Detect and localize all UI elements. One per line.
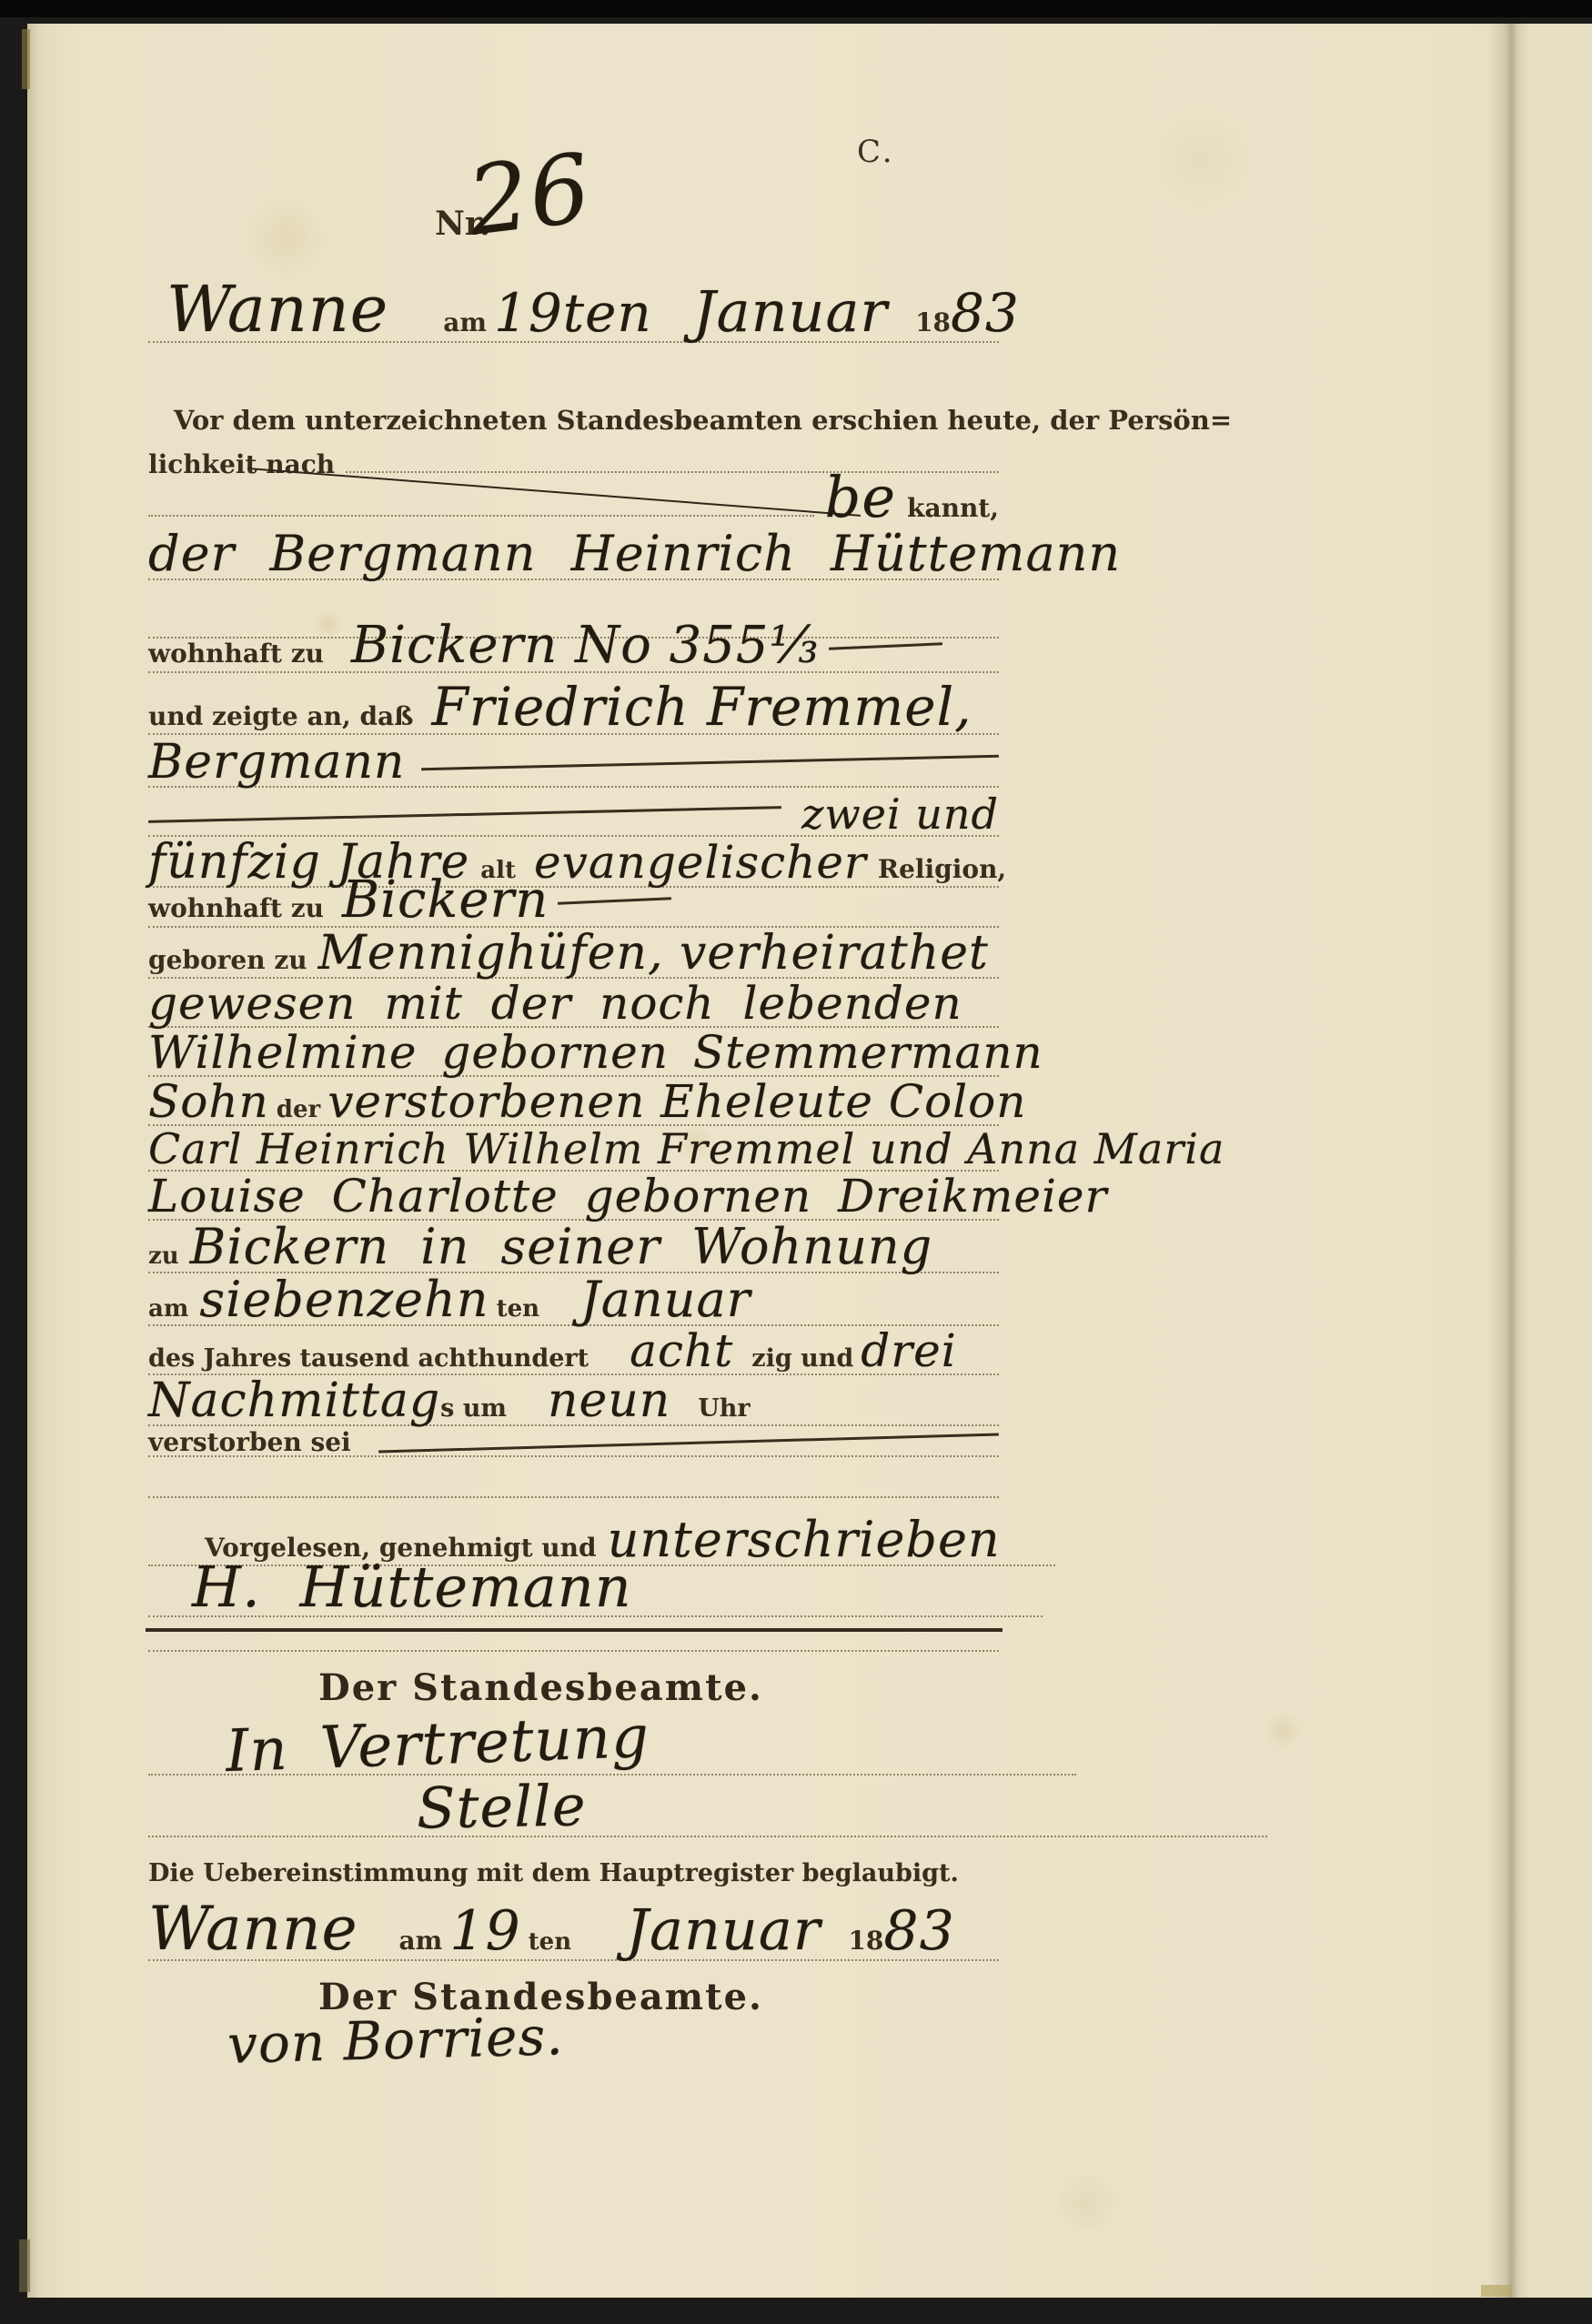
report-label: und zeigte an, daß bbox=[148, 704, 413, 729]
death-month: Januar bbox=[580, 1275, 751, 1324]
form-letter: C. bbox=[857, 136, 895, 167]
date-month: Januar bbox=[693, 284, 888, 340]
page-edge-fragment bbox=[19, 2239, 30, 2292]
form-line-deputy: In Vertretung bbox=[148, 1715, 1076, 1776]
form-line-died: verstorben sei bbox=[148, 1430, 999, 1457]
birth-value: Mennighüfen, verheirathet bbox=[318, 930, 989, 977]
pen-stroke bbox=[378, 1433, 999, 1453]
form-line-residence1: wohnhaft zu Bickern No 355⅓ bbox=[148, 620, 999, 673]
form-line-intro1: Vor dem unterzeichneten Standesbeamten e… bbox=[148, 407, 1024, 434]
form-line-declarant: der Bergmann Heinrich Hüttemann bbox=[148, 529, 999, 580]
death-time-mid: s um bbox=[440, 1396, 507, 1421]
cert-date-ten: ten bbox=[529, 1930, 571, 1954]
cert-date-am: am bbox=[399, 1928, 443, 1954]
form-line-date: Wanne am 19ten Januar 18 83 bbox=[148, 277, 999, 343]
certification-line: Die Uebereinstimmung mit dem Hauptregist… bbox=[148, 1861, 959, 1886]
residence1-value: Bickern No 355⅓ bbox=[351, 620, 820, 671]
form-line-age-prefix: zwei und bbox=[148, 793, 999, 837]
horizontal-rule bbox=[146, 1628, 1003, 1632]
cert-date-day: 19 bbox=[449, 1904, 520, 1958]
image-viewer-window: { "window": { "title": "/Abt_Ostwestfale… bbox=[0, 0, 1592, 2324]
form-line-cert-date: Wanne am 19 ten Januar 18 83 bbox=[148, 1899, 999, 1961]
page-edge-fragment bbox=[1481, 2285, 1512, 2297]
declarant-signature: H. Hüttemann bbox=[192, 1559, 632, 1615]
birth-label: geboren zu bbox=[148, 948, 307, 973]
family-son-hand: Sohn bbox=[148, 1079, 269, 1124]
declarant-name: der Bergmann Heinrich Hüttemann bbox=[148, 529, 1121, 578]
family-text-1: gewesen mit der noch lebenden bbox=[148, 981, 962, 1026]
death-time-unit: Uhr bbox=[698, 1396, 750, 1421]
death-day-value: siebenzehn bbox=[199, 1275, 489, 1324]
date-am-label: am bbox=[443, 310, 487, 336]
cert-date-year: 83 bbox=[883, 1904, 954, 1958]
residence2-label: wohnhaft zu bbox=[148, 896, 324, 921]
attest-hand: unterschrieben bbox=[608, 1515, 1001, 1564]
form-line-birth: geboren zu Mennighüfen, verheirathet bbox=[148, 930, 999, 979]
death-time-hand: Nachmittag bbox=[148, 1377, 440, 1424]
ruled-line bbox=[148, 1650, 999, 1652]
death-year-mid: zig und bbox=[751, 1346, 853, 1371]
form-line-signature1: H. Hüttemann bbox=[148, 1559, 1043, 1617]
age-prefix: zwei und bbox=[801, 793, 999, 835]
form-line-bekannt: be kannt, bbox=[148, 469, 999, 526]
death-place-label: zu bbox=[148, 1244, 179, 1268]
cert-date-century: 18 bbox=[848, 1928, 883, 1954]
registrar-heading-1: Der Standesbeamte. bbox=[318, 1670, 763, 1706]
death-year-hand2: drei bbox=[861, 1328, 957, 1373]
intro-text-1: Vor dem unterzeichneten Standesbeamten e… bbox=[174, 407, 1232, 434]
form-line-family4: Carl Heinrich Wilhelm Fremmel und Anna M… bbox=[148, 1128, 999, 1172]
certifying-signature: von Borries. bbox=[227, 2009, 564, 2071]
record-number-value: 26 bbox=[463, 140, 596, 249]
death-year-label: des Jahres tausend achthundert bbox=[148, 1346, 589, 1371]
registrar-signature: Stelle bbox=[416, 1777, 586, 1836]
deceased-occupation: Bergmann bbox=[148, 739, 405, 786]
form-line-death-place: zu Bickern in seiner Wohnung bbox=[148, 1222, 999, 1273]
family-son-hand2: verstorbenen Eheleute Colon bbox=[327, 1079, 1026, 1124]
residence1-label: wohnhaft zu bbox=[148, 641, 324, 667]
death-place-value: Bickern in seiner Wohnung bbox=[190, 1222, 933, 1272]
form-line-death-year: des Jahres tausend achthundert acht zig … bbox=[148, 1328, 999, 1375]
form-line-residence2: wohnhaft zu Bickern bbox=[148, 875, 999, 928]
date-place: Wanne bbox=[166, 277, 388, 341]
death-year-hand1: acht bbox=[630, 1328, 733, 1373]
form-line-family5: Louise Charlotte gebornen Dreikmeier bbox=[148, 1173, 999, 1221]
deputy-note: In Vertretung bbox=[225, 1708, 650, 1781]
family-text-5: Louise Charlotte gebornen Dreikmeier bbox=[148, 1173, 1107, 1219]
form-line-family2: Wilhelmine gebornen Stemmermann bbox=[148, 1030, 999, 1077]
date-day: 19ten bbox=[494, 287, 652, 339]
pen-dash bbox=[829, 642, 942, 649]
known-printed: kannt, bbox=[907, 496, 999, 521]
ruled-line bbox=[148, 1496, 999, 1498]
cert-date-month: Januar bbox=[626, 1902, 821, 1958]
known-hand: be bbox=[825, 469, 896, 526]
residence2-value: Bickern bbox=[342, 875, 549, 926]
form-line-signature2: Stelle bbox=[148, 1779, 1267, 1837]
death-day-suffix: ten bbox=[497, 1297, 539, 1321]
pen-stroke bbox=[148, 806, 781, 823]
date-century: 18 bbox=[915, 310, 951, 336]
pen-stroke bbox=[421, 754, 998, 770]
family-text-4: Carl Heinrich Wilhelm Fremmel und Anna M… bbox=[148, 1128, 1224, 1170]
form-line-report: und zeigte an, daß Friedrich Fremmel, bbox=[148, 680, 999, 735]
family-text-2: Wilhelmine gebornen Stemmermann bbox=[148, 1030, 1043, 1075]
form-line-death-time: Nachmittag s um neun Uhr bbox=[148, 1377, 999, 1426]
form-line-family3: Sohn der verstorbenen Eheleute Colon bbox=[148, 1079, 999, 1126]
form-line-family1: gewesen mit der noch lebenden bbox=[148, 981, 999, 1028]
family-son-printed: der bbox=[277, 1098, 320, 1122]
cert-date-place: Wanne bbox=[148, 1899, 358, 1959]
window-titlebar[interactable]: /Abt_Ostwestfalen-Lippe/P6/P6-22/~002/P6… bbox=[0, 0, 1592, 17]
date-year: 83 bbox=[951, 287, 1020, 339]
form-line-occupation: Bergmann bbox=[148, 739, 999, 788]
death-day-label: am bbox=[148, 1297, 188, 1321]
page-edge-fragment bbox=[22, 29, 30, 89]
pen-dash bbox=[558, 897, 671, 904]
died-label: verstorben sei bbox=[148, 1430, 351, 1455]
death-time-value: neun bbox=[548, 1377, 670, 1424]
form-line-death-day: am siebenzehn ten Januar bbox=[148, 1275, 999, 1326]
deceased-name: Friedrich Fremmel, bbox=[431, 680, 972, 733]
ruled-line bbox=[148, 515, 814, 517]
